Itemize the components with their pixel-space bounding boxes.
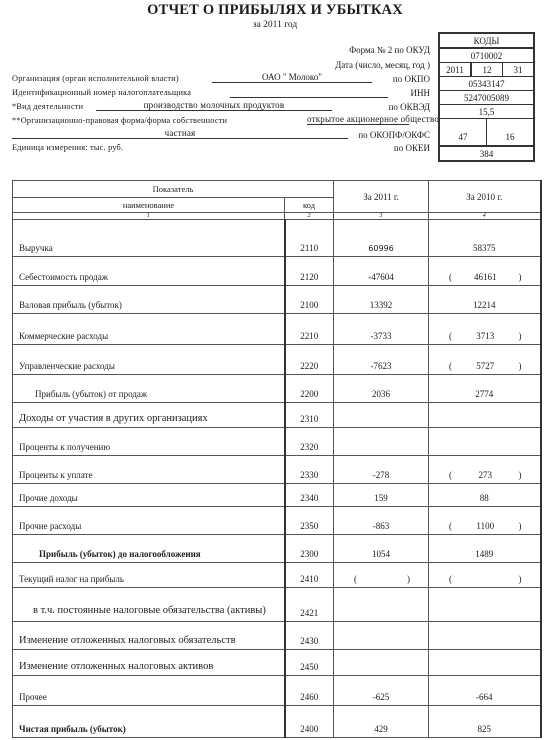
- row-value-2010: [429, 403, 541, 428]
- col-number-4: 4: [429, 213, 541, 220]
- table-row: Прибыль (убыток) от продаж 2200 2036 277…: [13, 375, 541, 403]
- row-value-2011: -278: [334, 456, 429, 484]
- okfs-code: 16: [486, 119, 533, 145]
- inn-code: 5247005089: [440, 91, 533, 104]
- row-code: 2310: [285, 403, 334, 428]
- okud-code: 0710002: [440, 49, 533, 62]
- okopf-label: по ОКОПФ/ОКФС: [358, 130, 430, 140]
- row-value-2010: 825: [429, 706, 541, 738]
- row-value-2010: [429, 622, 541, 650]
- table-row: Проценты к получению 2320: [13, 428, 541, 456]
- row-name: Текущий налог на прибыль: [13, 563, 285, 588]
- row-value-2011: 429: [334, 706, 429, 738]
- org-label: Организация (орган исполнительной власти…: [12, 74, 179, 83]
- row-name: Себестоимость продаж: [13, 257, 285, 286]
- row-code: 2350: [285, 507, 334, 535]
- row-code: 2110: [285, 220, 334, 257]
- row-value-2011: -625: [334, 676, 429, 706]
- table-row: Выручка 2110 60996 58375: [13, 220, 541, 257]
- row-code: 2400: [285, 706, 334, 738]
- inn-label: ИНН: [411, 88, 431, 98]
- income-statement-table: Показатель За 2011 г. За 2010 г. наимено…: [12, 180, 542, 738]
- row-value-2010: (5727): [429, 345, 541, 375]
- row-name: Прочие доходы: [13, 484, 285, 507]
- row-code: 2460: [285, 676, 334, 706]
- table-row: Проценты к уплате 2330 -278 (273): [13, 456, 541, 484]
- row-name: Изменение отложенных налоговых активов: [13, 650, 285, 676]
- okved-label: по ОКВЭД: [389, 102, 430, 112]
- codes-header: КОДЫ: [440, 34, 533, 47]
- row-value-2010: [429, 588, 541, 622]
- row-value-2010: (46161): [429, 257, 541, 286]
- table-row: Коммерческие расходы 2210 -3733 (3713): [13, 314, 541, 345]
- row-value-2010: (273): [429, 456, 541, 484]
- legal-form-label: **Организационно-правовая форма/форма со…: [12, 116, 227, 125]
- row-value-2011: -7623: [334, 345, 429, 375]
- ownership-value: частная: [12, 128, 348, 139]
- row-value-2010: 12214: [429, 286, 541, 314]
- row-value-2011: -863: [334, 507, 429, 535]
- row-name: Проценты к получению: [13, 428, 285, 456]
- codes-box: КОДЫ 0710002 2011 12 31 05343147 5247005…: [438, 32, 535, 162]
- okei-label: по ОКЕИ: [394, 143, 430, 153]
- table-row: Изменение отложенных налоговых активов 2…: [13, 650, 541, 676]
- header-2011: За 2011 г.: [334, 181, 429, 213]
- row-code: 2340: [285, 484, 334, 507]
- row-code: 2421: [285, 588, 334, 622]
- table-row: Управленческие расходы 2220 -7623 (5727): [13, 345, 541, 375]
- row-code: 2410: [285, 563, 334, 588]
- row-value-2011: [334, 428, 429, 456]
- row-name: Валовая прибыль (убыток): [13, 286, 285, 314]
- row-value-2010: 2774: [429, 375, 541, 403]
- row-code: 2300: [285, 535, 334, 563]
- col-number-3: 3: [334, 213, 429, 220]
- org-value: ОАО " Молоко": [212, 72, 372, 83]
- row-code: 2430: [285, 622, 334, 650]
- row-value-2011: -3733: [334, 314, 429, 345]
- row-value-2011: -47604: [334, 257, 429, 286]
- activity-value: производство молочных продуктов: [96, 100, 332, 111]
- table-row: Прочие доходы 2340 159 88: [13, 484, 541, 507]
- row-value-2010: [429, 428, 541, 456]
- row-value-2011: (): [334, 563, 429, 588]
- row-name: Прочее: [13, 676, 285, 706]
- unit-label: Единица измерения: тыс. руб.: [12, 143, 123, 152]
- table-row: Валовая прибыль (убыток) 2100 13392 1221…: [13, 286, 541, 314]
- row-code: 2220: [285, 345, 334, 375]
- date-year: 2011: [440, 63, 470, 76]
- row-value-2010: (3713): [429, 314, 541, 345]
- okopf-code: 47: [440, 131, 486, 145]
- okei-code: 384: [440, 147, 533, 160]
- row-code: 2100: [285, 286, 334, 314]
- table-row: Себестоимость продаж 2120 -47604 (46161): [13, 257, 541, 286]
- date-month: 12: [470, 63, 502, 76]
- table-row: Доходы от участия в других организациях …: [13, 403, 541, 428]
- table-row: Текущий налог на прибыль 2410 () (): [13, 563, 541, 588]
- legal-form-value: открытое акционерное общество: [307, 114, 409, 125]
- table-row: в т.ч. постоянные налоговые обязательств…: [13, 588, 541, 622]
- row-name: Изменение отложенных налоговых обязатель…: [13, 622, 285, 650]
- row-value-2010: (1100): [429, 507, 541, 535]
- row-value-2010: 1489: [429, 535, 541, 563]
- activity-label: *Вид деятельности: [12, 102, 83, 111]
- col-number-2: 2: [285, 213, 334, 220]
- row-name: Выручка: [13, 220, 285, 257]
- header-code: код: [285, 198, 334, 213]
- row-value-2011: 1054: [334, 535, 429, 563]
- row-value-2010: -664: [429, 676, 541, 706]
- row-name: Прочие расходы: [13, 507, 285, 535]
- row-value-2011: [334, 622, 429, 650]
- row-value-2010: [429, 650, 541, 676]
- row-code: 2450: [285, 650, 334, 676]
- row-value-2011: 13392: [334, 286, 429, 314]
- header-indicator: Показатель: [13, 181, 334, 198]
- row-code: 2330: [285, 456, 334, 484]
- header-name: наименование: [13, 198, 285, 213]
- row-value-2011: 60996: [334, 220, 429, 257]
- inn-label-left: Идентификационный номер налогоплательщик…: [12, 88, 191, 97]
- document-title: ОТЧЕТ О ПРИБЫЛЯХ И УБЫТКАХ: [0, 2, 550, 19]
- row-name: Прибыль (убыток) от продаж: [13, 375, 285, 403]
- form-label: Форма № 2 по ОКУД: [349, 45, 430, 55]
- row-value-2011: 159: [334, 484, 429, 507]
- table-row: Прибыль (убыток) до налогообложения 2300…: [13, 535, 541, 563]
- okpo-code: 05343147: [440, 77, 533, 90]
- okpo-label: по ОКПО: [393, 74, 430, 84]
- table-row: Изменение отложенных налоговых обязатель…: [13, 622, 541, 650]
- row-name: Доходы от участия в других организациях: [13, 403, 285, 428]
- row-code: 2120: [285, 257, 334, 286]
- row-value-2011: 2036: [334, 375, 429, 403]
- row-value-2010: 88: [429, 484, 541, 507]
- okved-code: 15,5: [440, 105, 533, 118]
- table-row: Прочие расходы 2350 -863 (1100): [13, 507, 541, 535]
- row-code: 2210: [285, 314, 334, 345]
- row-value-2011: [334, 650, 429, 676]
- row-name: в т.ч. постоянные налоговые обязательств…: [13, 588, 285, 622]
- row-value-2011: [334, 588, 429, 622]
- col-number-1: 1: [13, 213, 285, 220]
- inn-underline: [230, 86, 388, 98]
- table-row: Прочее 2460 -625 -664: [13, 676, 541, 706]
- date-day: 31: [502, 63, 533, 76]
- row-code: 2200: [285, 375, 334, 403]
- row-name: Чистая прибыль (убыток): [13, 706, 285, 738]
- header-2010: За 2010 г.: [429, 181, 541, 213]
- date-label: Дата (число, месяц, год ): [335, 60, 430, 70]
- row-name: Проценты к уплате: [13, 456, 285, 484]
- document-subtitle: за 2011 год: [0, 20, 550, 30]
- row-name: Прибыль (убыток) до налогообложения: [13, 535, 285, 563]
- row-value-2010: (): [429, 563, 541, 588]
- table-row: Чистая прибыль (убыток) 2400 429 825: [13, 706, 541, 738]
- row-code: 2320: [285, 428, 334, 456]
- row-name: Коммерческие расходы: [13, 314, 285, 345]
- row-value-2010: 58375: [429, 220, 541, 257]
- row-value-2011: [334, 403, 429, 428]
- row-name: Управленческие расходы: [13, 345, 285, 375]
